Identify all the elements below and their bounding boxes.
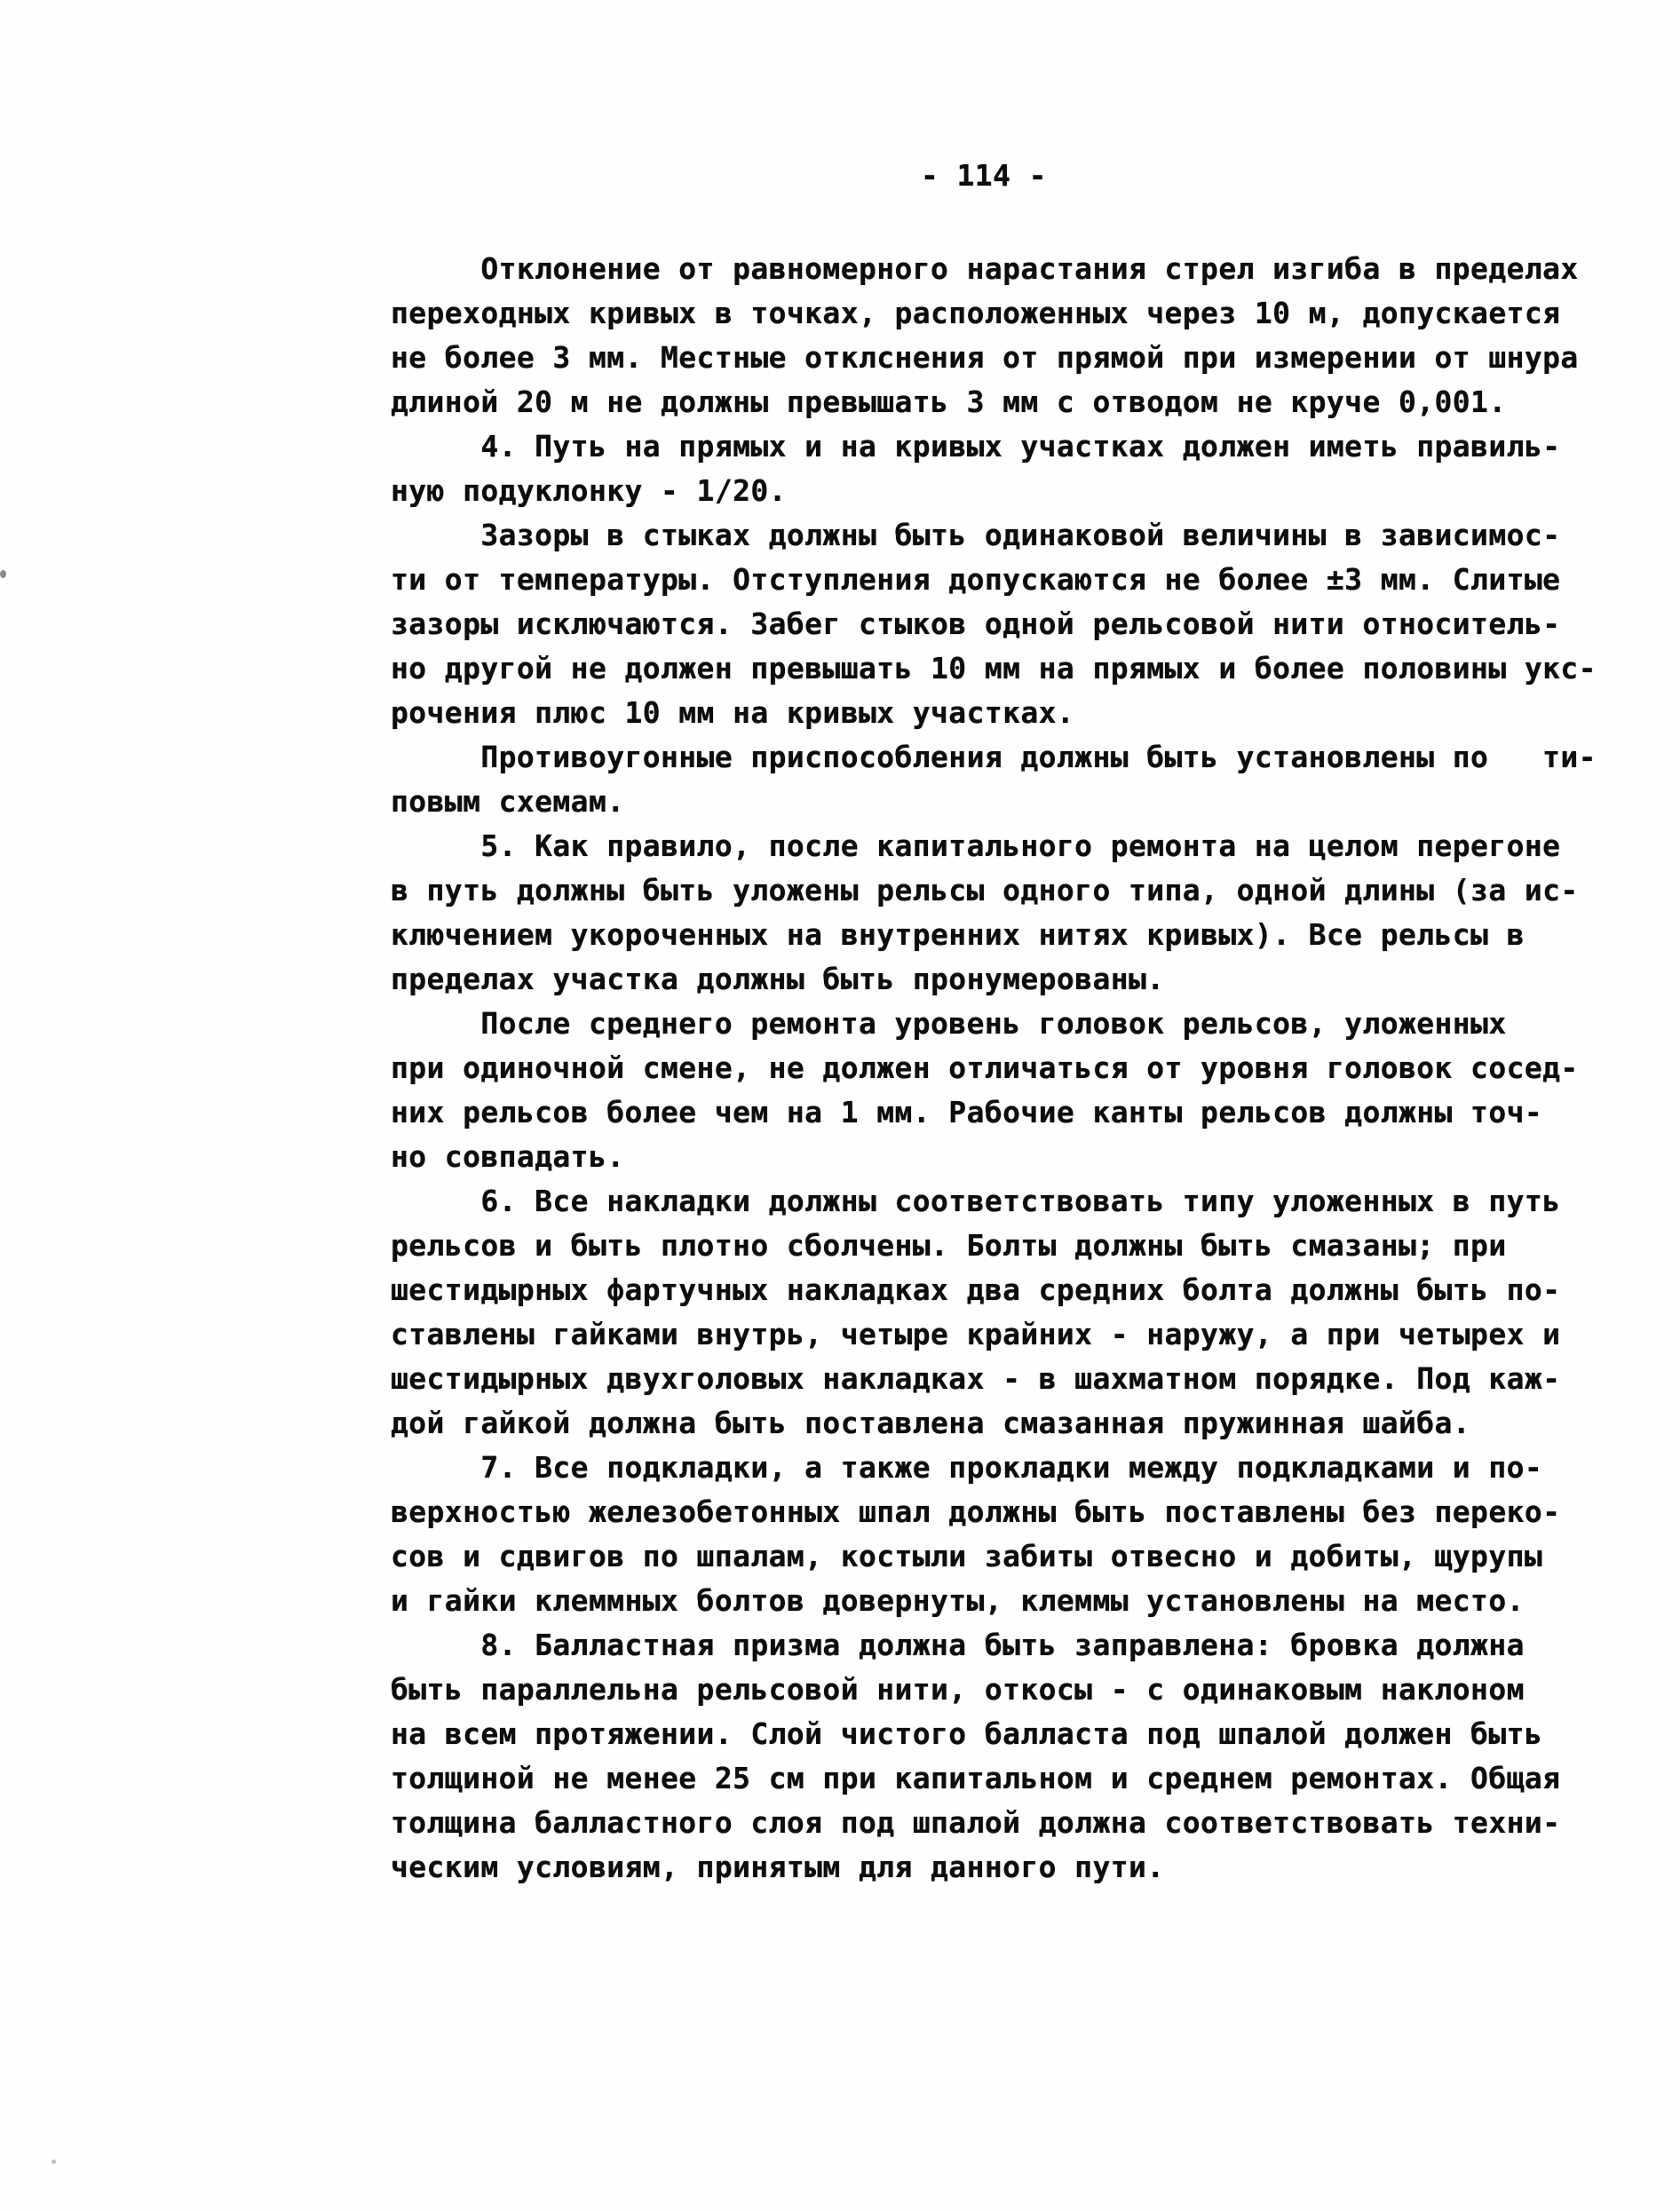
text-line-22: 6. Все накладки должны соответствовать т… [391,1179,1634,1224]
text-line-02: переходных кривых в точках, расположенны… [391,291,1634,336]
text-line-34: на всем протяжении. Слой чистого балласт… [391,1712,1634,1756]
text-line-17: пределах участка должны быть пронумерова… [391,957,1634,1002]
text-line-32: 8. Балластная призма должна быть заправл… [391,1623,1634,1668]
text-line-26: шестидырных двухголовых накладках - в ша… [391,1357,1634,1401]
text-line-33: быть параллельна рельсовой нити, откосы … [391,1668,1634,1712]
scan-speck [52,2159,56,2164]
text-line-23: рельсов и быть плотно сболчены. Болты до… [391,1224,1634,1268]
text-line-07: Зазоры в стыках должны быть одинаковой в… [391,513,1634,558]
text-line-21: но совпадать. [391,1135,1634,1179]
text-line-14: 5. Как правило, после капитального ремон… [391,824,1634,868]
text-line-24: шестидырных фартучных накладках два сред… [391,1268,1634,1312]
text-line-03: не более 3 мм. Местные отклснения от пря… [391,336,1634,380]
text-line-37: ческим условиям, принятым для данного пу… [391,1845,1634,1890]
document-text-block: Отклонение от равномерного нарастания ст… [391,247,1634,1890]
text-line-20: них рельсов более чем на 1 мм. Рабочие к… [391,1090,1634,1135]
text-line-16: ключением укороченных на внутренних нитя… [391,913,1634,957]
text-line-30: сов и сдвигов по шпалам, костыли забиты … [391,1534,1634,1579]
text-line-09: зазоры исключаются. Забег стыков одной р… [391,602,1634,646]
text-line-28: 7. Все подкладки, а также прокладки межд… [391,1446,1634,1490]
text-line-05: 4. Путь на прямых и на кривых участках д… [391,424,1634,469]
text-line-31: и гайки клеммных болтов довернуты, клемм… [391,1579,1634,1623]
text-line-06: ную подуклонку - 1/20. [391,469,1634,513]
scanned-document-page: - 114 - Отклонение от равномерного нарас… [0,0,1680,2211]
text-line-08: ти от температуры. Отступления допускают… [391,558,1634,602]
page-number: - 114 - [921,158,1047,193]
text-line-27: дой гайкой должна быть поставлена смазан… [391,1401,1634,1446]
text-line-10: но другой не должен превышать 10 мм на п… [391,646,1634,691]
text-line-12: Противоугонные приспособления должны быт… [391,735,1634,780]
text-line-35: толщиной не менее 25 см при капитальном … [391,1756,1634,1801]
text-line-29: верхностью железобетонных шпал должны бы… [391,1490,1634,1534]
text-line-11: рочения плюс 10 мм на кривых участках. [391,691,1634,735]
scan-speck [0,570,6,578]
text-line-18: После среднего ремонта уровень головок р… [391,1002,1634,1046]
text-line-04: длиной 20 м не должны превышать 3 мм с о… [391,380,1634,424]
text-line-15: в путь должны быть уложены рельсы одного… [391,868,1634,913]
text-line-25: ставлены гайками внутрь, четыре крайних … [391,1312,1634,1357]
text-line-36: толщина балластного слоя под шпалой долж… [391,1801,1634,1845]
text-line-01: Отклонение от равномерного нарастания ст… [391,247,1634,291]
text-line-19: при одиночной смене, не должен отличатьс… [391,1046,1634,1090]
text-line-13: повым схемам. [391,780,1634,824]
